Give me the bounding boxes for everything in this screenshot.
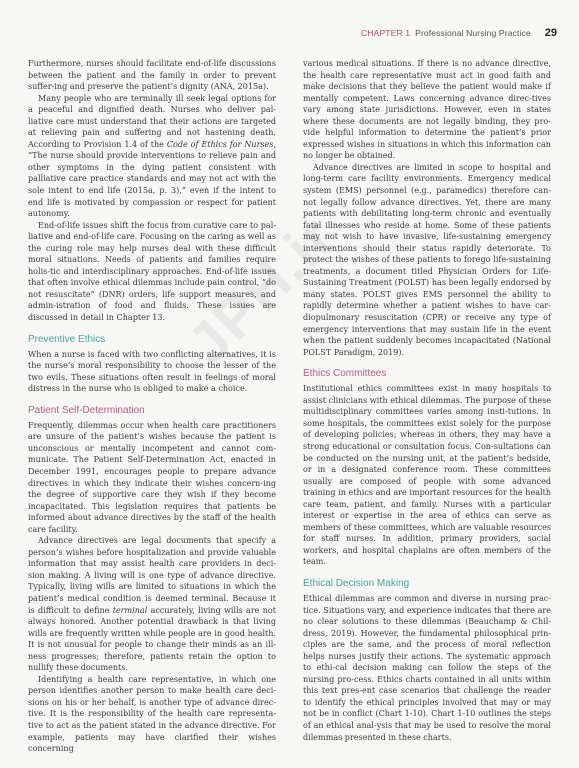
paragraph: Institutional ethics committees exist in…: [303, 383, 551, 568]
paragraph: Many people who are terminally ill seek …: [28, 93, 276, 220]
paragraph: Advance directives are limited in scope …: [303, 162, 551, 358]
text-run: accurately, living wills are not always …: [28, 606, 276, 673]
left-column: Furthermore, nurses should facilitate en…: [28, 58, 276, 755]
paragraph: Ethical dilemmas are common and diverse …: [303, 593, 551, 743]
page-number: 29: [545, 27, 557, 39]
running-header: CHAPTER 1 Professional Nursing Practice …: [361, 27, 557, 39]
section-heading-preventive-ethics: Preventive Ethics: [28, 333, 276, 346]
paragraph: Advance directives are legal documents t…: [28, 535, 276, 674]
paragraph: Furthermore, nurses should facilitate en…: [28, 58, 276, 93]
paragraph: Identifying a health care representative…: [28, 674, 276, 755]
paragraph: When a nurse is faced with two conflicti…: [28, 349, 276, 395]
paragraph: Frequently, dilemmas occur when health c…: [28, 420, 276, 535]
italic-title: Code of Ethics for Nurses: [167, 140, 274, 149]
paragraph: various medical situations. If there is …: [303, 58, 551, 162]
section-heading-ethical-decision-making: Ethical Decision Making: [303, 577, 551, 590]
chapter-header: CHAPTER 1 Professional Nursing Practice: [361, 28, 531, 38]
text-run: Advance directives are legal documents t…: [28, 536, 276, 614]
section-heading-patient-self-determination: Patient Self-Determination: [28, 404, 276, 417]
text-run: , “The nurse should provide intervention…: [28, 140, 276, 218]
chapter-label: CHAPTER 1: [361, 28, 410, 38]
chapter-title: Professional Nursing Practice: [415, 28, 531, 38]
paragraph: End-of-life issues shift the focus from …: [28, 220, 276, 324]
italic-term: terminal: [113, 606, 148, 615]
right-column: various medical situations. If there is …: [303, 58, 551, 743]
section-heading-ethics-committees: Ethics Committees: [303, 367, 551, 380]
